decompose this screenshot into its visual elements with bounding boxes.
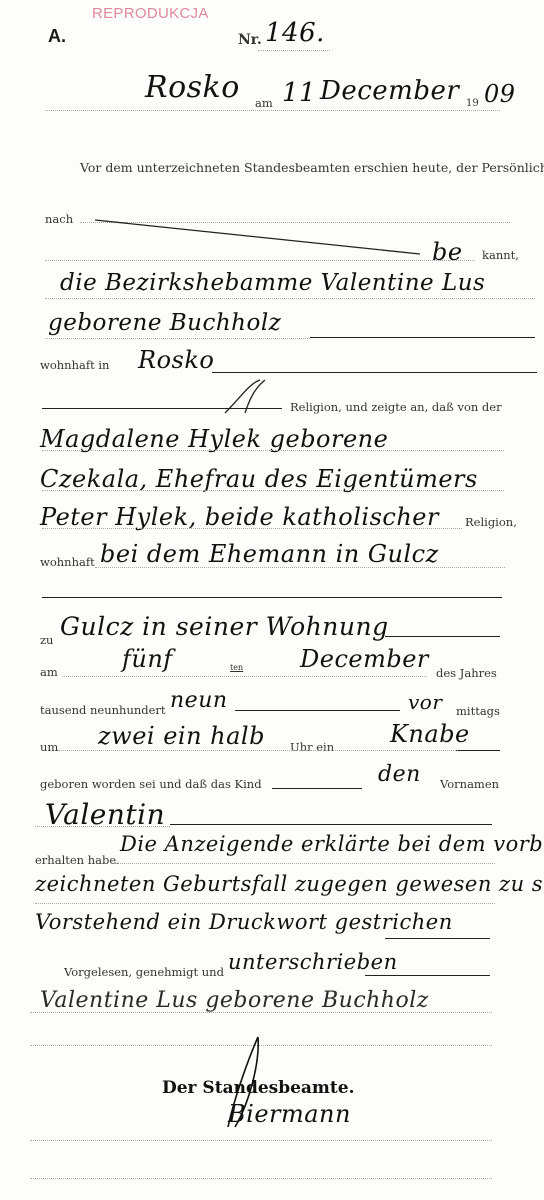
year-prefix: 19 bbox=[466, 98, 479, 109]
vor-hand: vor bbox=[408, 690, 442, 714]
official-signature: Biermann bbox=[228, 1100, 351, 1128]
birth-month: December bbox=[300, 645, 429, 673]
am-label: am bbox=[255, 96, 273, 110]
informant-residence: Rosko bbox=[138, 346, 214, 374]
strike-through-line bbox=[95, 218, 425, 258]
nach-label: nach bbox=[45, 212, 73, 226]
den-hand: den bbox=[378, 762, 421, 787]
ten-suffix: ten bbox=[230, 663, 243, 672]
remark-line-3: Vorstehend ein Druckwort gestrichen bbox=[35, 910, 453, 934]
birth-day: fünf bbox=[122, 645, 173, 673]
remark-line-2: zeichneten Geburtsfall zugegen gewesen z… bbox=[35, 872, 544, 896]
mother-line-2: Czekala, Ehefrau des Eigentümers bbox=[40, 465, 478, 493]
vorgelesen-label: Vorgelesen, genehmigt und bbox=[64, 965, 224, 979]
form-letter: A. bbox=[48, 26, 66, 47]
tausend-label: tausend neunhundert bbox=[40, 703, 166, 717]
informant-signature: Valentine Lus geborene Buchholz bbox=[40, 988, 429, 1013]
nr-label: Nr. bbox=[238, 32, 262, 48]
year-suffix: 09 bbox=[484, 80, 516, 108]
kannt-label: kannt, bbox=[482, 248, 519, 262]
record-number: 146. bbox=[265, 18, 325, 48]
mother-line-3: Peter Hylek, beide katholischer bbox=[40, 503, 439, 531]
vornamen-label: Vornamen bbox=[440, 777, 499, 791]
geboren-label: geboren worden sei und daß das Kind bbox=[40, 777, 262, 791]
reproduction-stamp: REPRODUKCJA bbox=[92, 5, 209, 22]
registry-place: Rosko bbox=[145, 70, 240, 105]
mittags-label: mittags bbox=[456, 704, 500, 718]
religion-label-1: Religion, und zeigte an, daß von der bbox=[290, 400, 502, 414]
zu-label: zu bbox=[40, 633, 53, 647]
birth-year-word: neun bbox=[170, 688, 228, 713]
religion-label-2: Religion, bbox=[465, 515, 517, 529]
uhr-ein-label: Uhr ein bbox=[290, 740, 334, 754]
registration-day: 11 bbox=[282, 78, 316, 108]
official-title: Der Standesbeamte. bbox=[162, 1078, 355, 1098]
wohnhaft-in-label: wohnhaft in bbox=[40, 358, 109, 372]
des-jahres-label: des Jahres bbox=[436, 666, 497, 680]
informant-line-2: geborene Buchholz bbox=[48, 310, 281, 336]
remark-line-1: Die Anzeigende erklärte bei dem vorbe- bbox=[120, 832, 544, 856]
unterschrieben-hand: unterschrieben bbox=[228, 950, 398, 974]
mother-residence: bei dem Ehemann in Gulcz bbox=[100, 540, 439, 568]
strike-mark bbox=[220, 378, 280, 418]
informant-line-1: die Bezirkshebamme Valentine Lus bbox=[60, 270, 485, 296]
intro-text: Vor dem unterzeichneten Standesbeamten e… bbox=[80, 160, 544, 175]
be-hand: be bbox=[432, 238, 463, 266]
birth-time: zwei ein halb bbox=[98, 722, 265, 750]
um-label: um bbox=[40, 740, 58, 754]
mother-line-1: Magdalene Hylek geborene bbox=[40, 425, 388, 453]
registration-month: December bbox=[320, 76, 459, 106]
child-sex: Knabe bbox=[390, 720, 470, 748]
birth-place: Gulcz in seiner Wohnung bbox=[60, 612, 389, 641]
erhalten-label: erhalten habe. bbox=[35, 853, 120, 867]
am-label-birth: am bbox=[40, 665, 58, 679]
mother-wohnhaft-label: wohnhaft bbox=[40, 555, 95, 569]
